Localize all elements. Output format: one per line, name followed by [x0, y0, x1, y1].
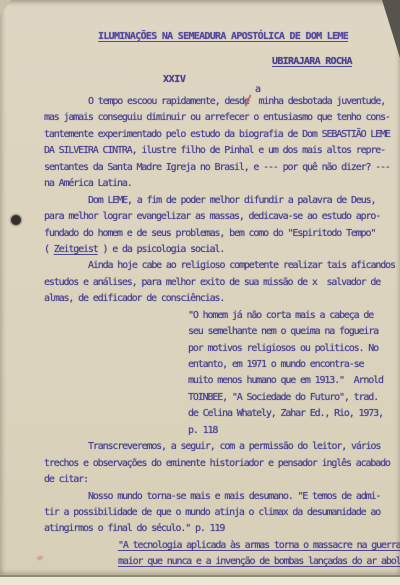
typed-line: por motivos religiosos ou politicos. No	[44, 341, 396, 357]
typed-line: de Celina Whately, Zahar Ed., Rio, 1973,	[44, 406, 396, 422]
typescript-page: ILUMINAÇÕES NA SEMEADURA APOSTÓLICA DE D…	[0, 0, 400, 585]
byline: UBIRAJARA ROCHA	[272, 56, 352, 67]
typed-line: mas jamais conseguiu diminuir ou arrefec…	[44, 110, 396, 126]
typed-line: tir a possibilidade de que o mundo atinj…	[44, 505, 396, 521]
typed-line: estudos e análises, para melhor exito de…	[44, 275, 396, 291]
paper-corner-edge	[0, 0, 11, 15]
scan-bottom-edge	[0, 575, 400, 585]
typed-line: sentantes da Santa Madre Igreja no Brasi…	[44, 160, 396, 176]
typed-line: Transcreveremos, a seguir, com a permiss…	[44, 439, 396, 455]
typed-line: fundado do homem e de seus problemas, be…	[44, 226, 396, 242]
typed-line: trechos e observações do eminente histor…	[44, 456, 396, 472]
typed-line: ( Zeitgeist ) e da psicologia social.	[44, 242, 396, 258]
red-speck	[36, 555, 43, 561]
scan-corner-fold	[382, 0, 400, 58]
typed-line: TOINBEE, "A Sociedade do Futuro", trad.	[44, 390, 396, 406]
typed-line: entanto, em 1971 o mundo encontra-se	[44, 357, 396, 373]
typed-line: na América Latina.	[44, 176, 396, 192]
typed-line: de citar:	[44, 472, 396, 488]
section-number: XXIV	[163, 74, 185, 85]
hole-punch	[11, 215, 21, 225]
underlined-word: Zeitgeist	[54, 244, 98, 255]
typed-line: "O homem já não corta mais a cabeça de	[44, 308, 396, 324]
typed-line: tantemente experimentado pelo estudo da …	[44, 127, 396, 143]
typed-line: almas, de edificador de consciências.	[44, 291, 396, 307]
typed-line: Nosso mundo torna-se mais e mais desuman…	[44, 489, 396, 505]
page-title: ILUMINAÇÕES NA SEMEADURA APOSTÓLICA DE D…	[98, 31, 348, 42]
typed-line: DA SILVEIRA CINTRA, ilustre filho de Pin…	[44, 143, 396, 159]
typed-line: atingirmos o final do século." p. 119	[44, 521, 396, 537]
typed-line: maior que nunca e a invenção de bombas l…	[44, 554, 396, 570]
inserted-letter: a	[255, 84, 261, 95]
typed-line: Dom LEME, a fim de poder melhor difundir…	[44, 193, 396, 209]
typed-line: seu semelhante nem o queima na fogueira	[44, 324, 396, 340]
typed-line: "A tecnologia aplicada às armas torna o …	[44, 538, 396, 554]
typed-line: muito menos humano que em 1913." Arnold	[44, 373, 396, 389]
typed-line: Ainda hoje cabe ao religioso competente …	[44, 258, 396, 274]
typed-text-block: O tempo escoou rapidamente, desde minha …	[44, 94, 396, 571]
typed-line: O tempo escoou rapidamente, desde minha …	[44, 94, 396, 110]
typed-line: para melhor lograr evangelizar as massas…	[44, 209, 396, 225]
typed-line: p. 118	[44, 423, 396, 439]
